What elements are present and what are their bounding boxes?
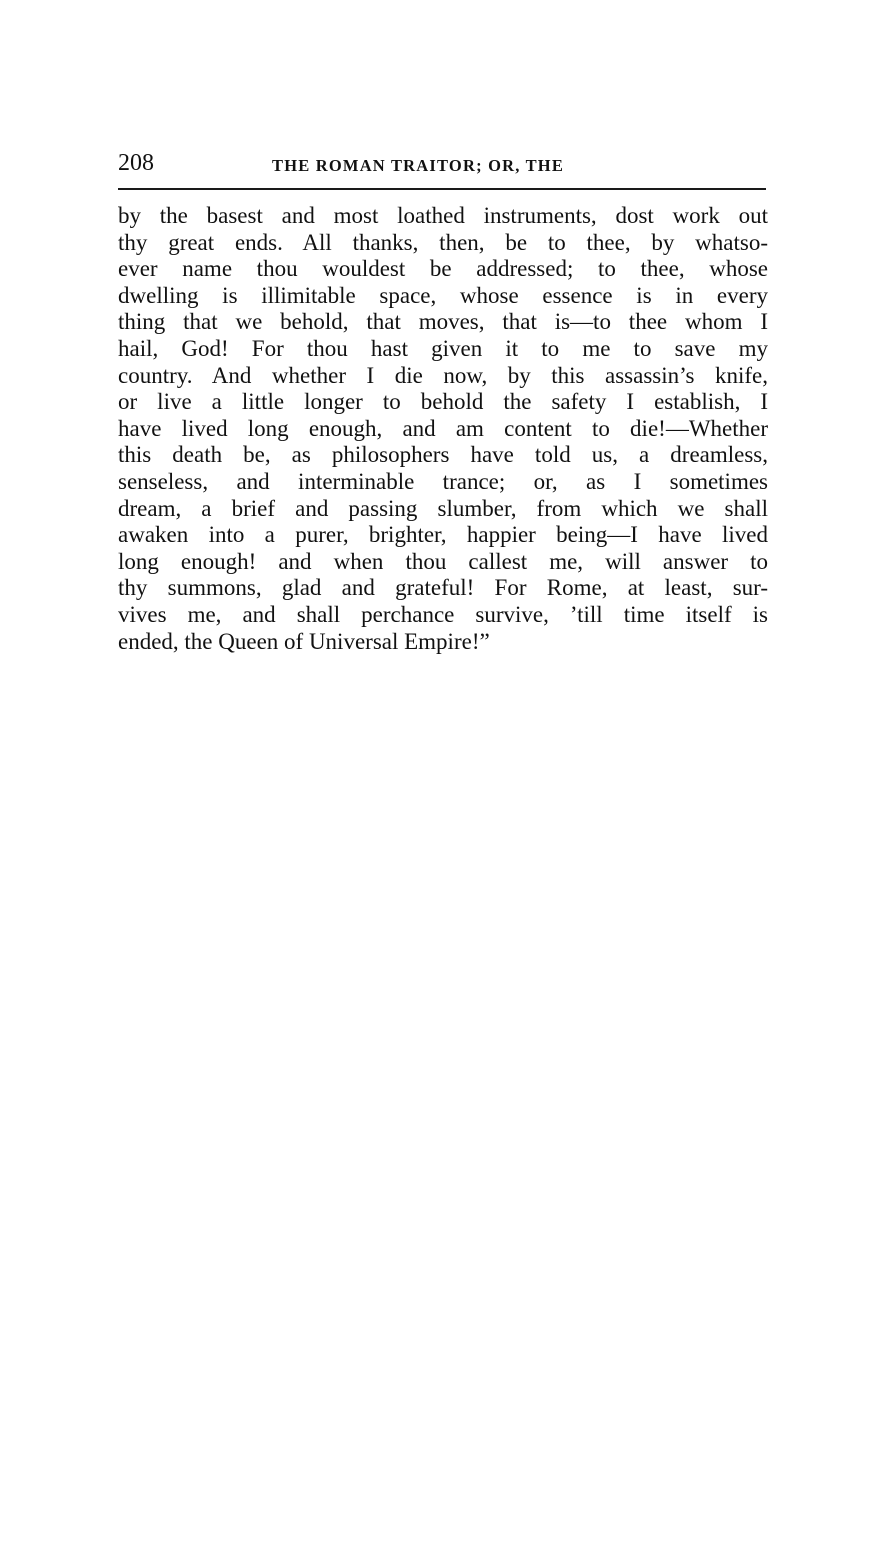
- text-line: hail, God! For thou hast given it to me …: [118, 336, 768, 363]
- text-line: by the basest and most loathed instrumen…: [118, 203, 768, 230]
- text-line: country. And whether I die now, by this …: [118, 363, 768, 390]
- text-line: senseless, and interminable trance; or, …: [118, 469, 768, 496]
- text-line: ended, the Queen of Universal Empire!”: [118, 629, 768, 656]
- text-line: this death be, as philosophers have told…: [118, 442, 768, 469]
- text-line: dwelling is illimitable space, whose ess…: [118, 283, 768, 310]
- text-line: or live a little longer to behold the sa…: [118, 389, 768, 416]
- text-line: dream, a brief and passing slumber, from…: [118, 496, 768, 523]
- page-number: 208: [118, 148, 154, 178]
- text-line: awaken into a purer, brighter, happier b…: [118, 522, 768, 549]
- text-line: thy summons, glad and grateful! For Rome…: [118, 575, 768, 602]
- page-header: 208 THE ROMAN TRAITOR; OR, THE: [118, 148, 766, 182]
- header-rule: [118, 188, 766, 190]
- text-line: thing that we behold, that moves, that i…: [118, 309, 768, 336]
- book-page: 208 THE ROMAN TRAITOR; OR, THE by the ba…: [0, 0, 896, 1550]
- text-line: long enough! and when thou callest me, w…: [118, 549, 768, 576]
- running-head: THE ROMAN TRAITOR; OR, THE: [272, 154, 564, 178]
- body-paragraph: by the basest and most loathed instrumen…: [118, 203, 768, 655]
- text-line: thy great ends. All thanks, then, be to …: [118, 230, 768, 257]
- text-line: have lived long enough, and am content t…: [118, 416, 768, 443]
- text-line: vives me, and shall perchance survive, ’…: [118, 602, 768, 629]
- text-line: ever name thou wouldest be addressed; to…: [118, 256, 768, 283]
